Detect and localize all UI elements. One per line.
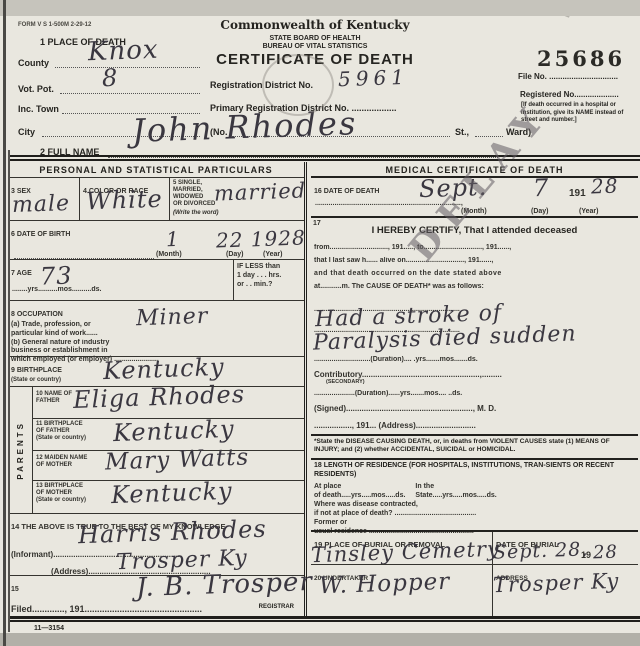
scan-edge-top [0,0,640,16]
dob-year-caption: (Year) [263,251,282,258]
age-value: 73 [40,261,74,290]
burial-date-printed-year: 19 [581,550,591,560]
dob-leader [14,249,154,259]
form-number: FORM V S 1-500M 2-29-12 [18,22,91,28]
certify-lastsaw-line: that I last saw h...... alive on........… [314,257,635,264]
scan-edge-left [3,0,6,646]
full-name-value: John Rhodes [131,104,357,150]
registrar-label: REGISTRAR [259,604,294,610]
header-divider-rule [8,155,640,161]
contributory-duration-line: .....................(Duration)......yrs… [314,390,635,397]
sex-value: male [12,191,71,218]
residence-in-state: In the State.....yrs.....mos.....ds. [415,482,496,500]
filed-label: Filed............., 191.................… [11,604,301,614]
plate-number: 11—3154 [34,625,64,632]
father-name-label: 10 NAME OF FATHER [36,391,72,405]
marital-value: married [214,179,307,206]
certify-at-line: at...........m. The CAUSE OF DEATH* was … [314,283,635,290]
bottom-rule [8,616,640,622]
scanned-death-certificate-paper: FORM V S 1-500M 2-29-12 1 PLACE OF DEATH… [0,0,640,646]
undertaker-value: W. Hopper [319,569,451,600]
signed-line: (Signed)................................… [314,404,635,413]
burial-date-value: Sept. 28, [493,538,589,563]
father-birthplace-label: 11 BIRTHPLACE OF FATHER (State or countr… [36,421,86,443]
vot-leader [60,84,200,94]
residence-title: 18 LENGTH OF RESIDENCE (FOR HOSPITALS, I… [314,462,635,480]
undertaker-address-value: Trosper Ky [493,569,620,597]
state-board-line: STATE BOARD OF HEALTH [215,35,415,42]
occupation-value: Miner [136,304,209,332]
dod-year-handwritten: 28 [591,174,619,199]
father-name-value: Eliga Rhodes [73,380,246,414]
certificate-body: PERSONAL AND STATISTICAL PARTICULARS 3 S… [8,162,638,616]
commonwealth-title: Commonwealth of Kentucky [215,18,415,32]
mother-birthplace-label: 13 BIRTHPLACE OF MOTHER (State or countr… [36,483,86,505]
cause-duration-line: .............................(Duration).… [314,356,635,363]
cause-footnote: *State the DISEASE CAUSING DEATH, or, in… [314,438,635,455]
dod-day-caption: (Day) [531,208,549,215]
city-label: City [18,127,35,137]
certify-statement: I HEREBY CERTIFY, That I attended deceas… [372,225,578,236]
city-st-leader [475,127,503,137]
dob-month-caption: (Month) [156,251,182,258]
occupation-label: 8 OCCUPATION [11,311,63,318]
certify-from-line: from.............................., 191.… [314,244,635,251]
contributory-line: Contributory............................… [314,370,635,379]
certify-occurred-line: and that death occurred on the date stat… [314,270,635,277]
race-value: White [86,185,164,216]
inc-town-label: Inc. Town [18,104,59,114]
vot-pct-label: Vot. Pot. [18,84,54,94]
registrar-signature: J. B. Trosper [136,567,314,603]
birthplace-label: 9 BIRTHPLACE [11,367,62,374]
residence-contracted: Where was disease contracted, if not at … [314,500,635,518]
filed-row-number: 15 [11,586,19,593]
residence-at-place: At place of death.....yrs.....mos.....ds… [314,482,405,500]
city-ward-label: Ward) [506,127,531,137]
date-of-death-label: 16 DATE OF DEATH [314,188,379,195]
scan-edge-left-inner [8,150,10,632]
registered-no-label: Registered No.................... [520,90,633,99]
mother-name-label: 12 MAIDEN NAME OF MOTHER [36,455,87,469]
registration-district-value: 5961 [338,65,410,91]
county-value: Knox [87,35,159,67]
personal-section-title: PERSONAL AND STATISTICAL PARTICULARS [8,162,304,178]
burial-date-handwritten-year: 28 [593,542,619,564]
scan-edge-bottom [0,633,640,646]
parents-block: PARENTS 10 NAME OF FATHER Eliga Rhodes 1… [8,387,304,514]
dod-year-printed: 191 [569,188,586,199]
father-birthplace-value: Kentucky [113,415,235,447]
secondary-note: (SECONDARY) [326,379,635,385]
medical-column: MEDICAL CERTIFICATE OF DEATH 16 DATE OF … [307,162,638,616]
dod-month-caption: (Month) [461,208,487,215]
marital-note: (Write the word) [173,210,301,216]
mother-birthplace-value: Kentucky [111,477,233,509]
oval-stamp-mark [262,54,334,116]
city-st-label: St., [455,127,469,137]
informant-value: Harris Rhodes [78,515,268,550]
dob-dayyear-value: 22 1928 [216,225,307,252]
bureau-line: BUREAU OF VITAL STATISTICS [215,43,415,50]
certify-number: 17 [313,220,321,227]
file-number-stamp: 25686 [537,46,625,71]
dod-day-value: 7 [533,174,550,203]
county-label: County [18,58,49,68]
age-ifless-note: IF LESS than 1 day . . . hrs. or . . min… [237,262,281,289]
age-label: 7 AGE [11,270,32,277]
hospital-note: [If death occurred in a hospital or inst… [521,102,631,125]
signed-address-line: ................., 191... (Address).....… [314,421,635,430]
burial-place-value: Tinsley Cemetry [311,537,501,568]
dod-month-value: Sept. [419,173,488,203]
vot-pct-value: 8 [102,64,119,93]
marital-label: 5 SINGLE, MARRIED, WIDOWED OR DIVORCED [173,180,215,208]
parents-vertical-label: PARENTS [16,421,25,480]
file-no-label: File No. ............................... [518,72,633,81]
dob-month-value: 1 [166,226,181,250]
dod-year-caption: (Year) [579,208,598,215]
dob-label: 6 DATE OF BIRTH [11,231,70,238]
personal-column: PERSONAL AND STATISTICAL PARTICULARS 3 S… [8,162,307,616]
mother-name-value: Mary Watts [105,444,250,475]
